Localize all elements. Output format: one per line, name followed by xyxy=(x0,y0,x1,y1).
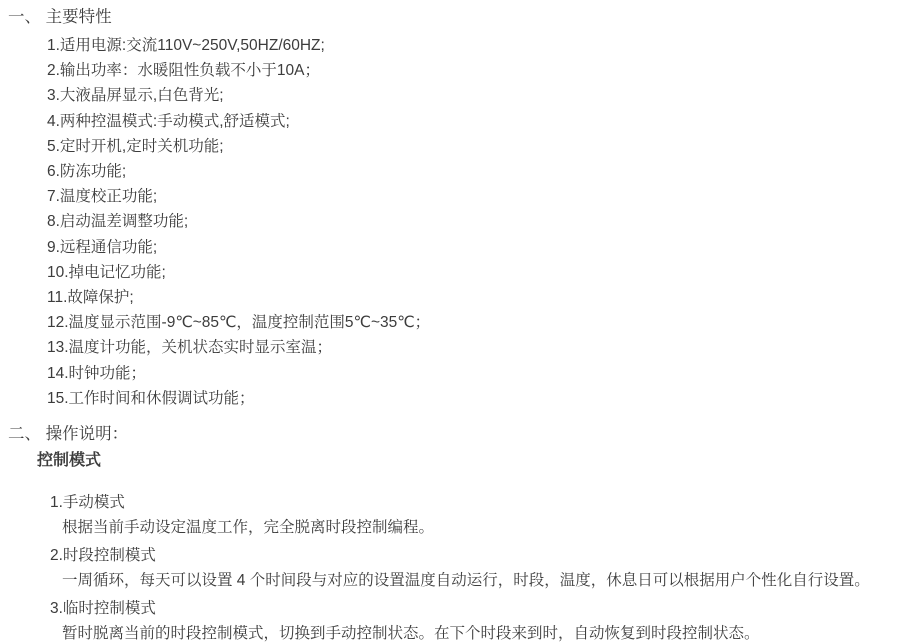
feature-item-7: 7.温度校正功能; xyxy=(47,184,900,209)
mode-title-schedule: 2.时段控制模式 xyxy=(50,543,900,568)
mode-body-manual: 根据当前手动设定温度工作，完全脱离时段控制编程。 xyxy=(62,515,900,540)
mode-body-temporary: 暂时脱离当前的时段控制模式，切换到手动控制状态。在下个时段来到时，自动恢复到时段… xyxy=(62,621,900,642)
feature-item-10: 10.掉电记忆功能; xyxy=(47,260,900,285)
mode-block-manual: 1.手动模式 根据当前手动设定温度工作，完全脱离时段控制编程。 xyxy=(0,490,900,540)
feature-item-14: 14.时钟功能； xyxy=(47,361,900,386)
feature-item-5: 5.定时开机,定时关机功能; xyxy=(47,134,900,159)
mode-list: 1.手动模式 根据当前手动设定温度工作，完全脱离时段控制编程。 2.时段控制模式… xyxy=(0,490,900,642)
mode-block-temporary: 3.临时控制模式 暂时脱离当前的时段控制模式，切换到手动控制状态。在下个时段来到… xyxy=(0,596,900,642)
feature-item-9: 9.远程通信功能; xyxy=(47,235,900,260)
mode-body-schedule: 一周循环，每天可以设置 4 个时间段与对应的设置温度自动运行，时段，温度，休息日… xyxy=(62,568,900,593)
feature-item-4: 4.两种控温模式:手动模式,舒适模式; xyxy=(47,109,900,134)
feature-item-8: 8.启动温差调整功能; xyxy=(47,209,900,234)
mode-title-temporary: 3.临时控制模式 xyxy=(50,596,900,621)
manual-page: 一、 主要特性 1.适用电源:交流110V~250V,50HZ/60HZ; 2.… xyxy=(0,6,900,642)
mode-title-manual: 1.手动模式 xyxy=(50,490,900,515)
feature-item-15: 15.工作时间和休假调试功能； xyxy=(47,386,900,411)
feature-item-2: 2.输出功率：水暖阻性负载不小于10A； xyxy=(47,58,900,83)
feature-item-12: 12.温度显示范围-9℃~85℃，温度控制范围5℃~35℃； xyxy=(47,310,900,335)
feature-item-1: 1.适用电源:交流110V~250V,50HZ/60HZ; xyxy=(47,33,900,58)
feature-item-13: 13.温度计功能，关机状态实时显示室温； xyxy=(47,335,900,360)
section-1-heading: 一、 主要特性 xyxy=(8,6,900,28)
control-mode-subheading: 控制模式 xyxy=(37,450,900,472)
feature-item-3: 3.大液晶屏显示,白色背光; xyxy=(47,83,900,108)
feature-list: 1.适用电源:交流110V~250V,50HZ/60HZ; 2.输出功率：水暖阻… xyxy=(47,33,900,411)
feature-item-11: 11.故障保护; xyxy=(47,285,900,310)
mode-block-schedule: 2.时段控制模式 一周循环，每天可以设置 4 个时间段与对应的设置温度自动运行，… xyxy=(0,543,900,593)
section-2-heading: 二、 操作说明： xyxy=(8,423,900,445)
feature-item-6: 6.防冻功能; xyxy=(47,159,900,184)
